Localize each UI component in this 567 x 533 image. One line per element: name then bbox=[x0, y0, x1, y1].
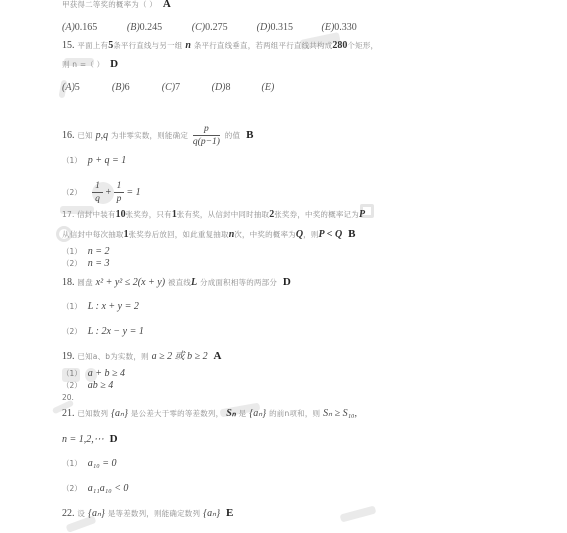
option-d: (D)0.315 bbox=[257, 22, 319, 34]
question-19-condition-2: （2）ab ≥ 4 bbox=[62, 380, 113, 392]
question-19: 19. 已知a、b为实数，则 a ≥ 2 或 b ≥ 2 A bbox=[62, 350, 221, 363]
question-19-condition-1: （1）a + b ≥ 4 bbox=[62, 368, 125, 380]
option-b: (B)0.245 bbox=[127, 22, 189, 34]
fraction: pq(p−1) bbox=[193, 124, 220, 148]
question-16-condition-1: （1）p + q = 1 bbox=[62, 155, 126, 167]
question-16: 16. 已知 p,q 为非零实数，则能确定 pq(p−1) 的值 B bbox=[62, 122, 253, 149]
option-c: (C)0.275 bbox=[192, 22, 254, 34]
answer-key: B bbox=[246, 129, 253, 141]
question-21: 21. 已知数列 {aₙ} 是公差大于零的等差数列， Sₙ 是 {aₙ} 的前n… bbox=[62, 408, 357, 420]
answer-key: B bbox=[348, 228, 355, 240]
question-21-condition-1: （1）a₁₀ = 0 bbox=[62, 458, 116, 470]
question-22: 22. 设 {aₙ} 是等差数列，则能确定数列 {aₙ} E bbox=[62, 507, 233, 520]
exam-page: 甲获得二等奖的概率为（ ） A (A)0.165 (B)0.245 (C)0.2… bbox=[0, 0, 567, 533]
option-e: (E)0.330 bbox=[322, 22, 384, 34]
question-17-condition-2: （2）n = 3 bbox=[62, 258, 110, 270]
option-d: (D)8 bbox=[212, 82, 259, 94]
question-21-condition-2: （2）a₁₁a₁₀ < 0 bbox=[62, 483, 128, 495]
question-14-tail: 甲获得二等奖的概率为（ ） A bbox=[62, 0, 171, 11]
answer-key: D bbox=[110, 58, 118, 70]
question-15-line2: 则 n =（ ） D bbox=[62, 58, 118, 71]
answer-key: D bbox=[283, 276, 291, 288]
question-14-options: (A)0.165 (B)0.245 (C)0.275 (D)0.315 (E)0… bbox=[62, 22, 384, 34]
option-c: (C)7 bbox=[162, 82, 209, 94]
question-15-options: (A)5 (B)6 (C)7 (D)8 (E) bbox=[62, 82, 309, 94]
question-16-condition-2: （2） 1q+1p= 1 bbox=[62, 180, 141, 206]
question-18: 18. 圆盘 x² + y² ≤ 2(x + y) 被直线L 分成面积相等的两部… bbox=[62, 276, 291, 289]
watermark bbox=[340, 505, 377, 522]
question-17-condition-1: （1）n = 2 bbox=[62, 246, 110, 258]
option-b: (B)6 bbox=[112, 82, 159, 94]
option-a: (A)5 bbox=[62, 82, 109, 94]
question-21-line2: n = 1,2,⋯ D bbox=[62, 433, 118, 446]
question-17: 17. 信封中装有10张奖券，只有1张有奖，从信封中同时抽取2张奖券，中奖的概率… bbox=[62, 209, 365, 221]
question-15: 15. 平面上有5条平行直线与另一组 n 条平行直线垂直，若两组平行直线共构成2… bbox=[62, 40, 378, 52]
question-20: 20. bbox=[62, 392, 74, 404]
question-18-condition-1: （1）L : x + y = 2 bbox=[62, 301, 139, 313]
answer-key: D bbox=[110, 433, 118, 445]
answer-key: A bbox=[163, 0, 171, 10]
question-18-condition-2: （2）L : 2x − y = 1 bbox=[62, 326, 144, 338]
option-a: (A)0.165 bbox=[62, 22, 124, 34]
option-e: (E) bbox=[262, 82, 309, 94]
answer-key: A bbox=[213, 350, 221, 362]
answer-key: E bbox=[226, 507, 233, 519]
question-17-line2: 从信封中每次抽取1张奖券后放回，如此重复抽取n次，中奖的概率为Q，则P < Q … bbox=[62, 228, 355, 241]
